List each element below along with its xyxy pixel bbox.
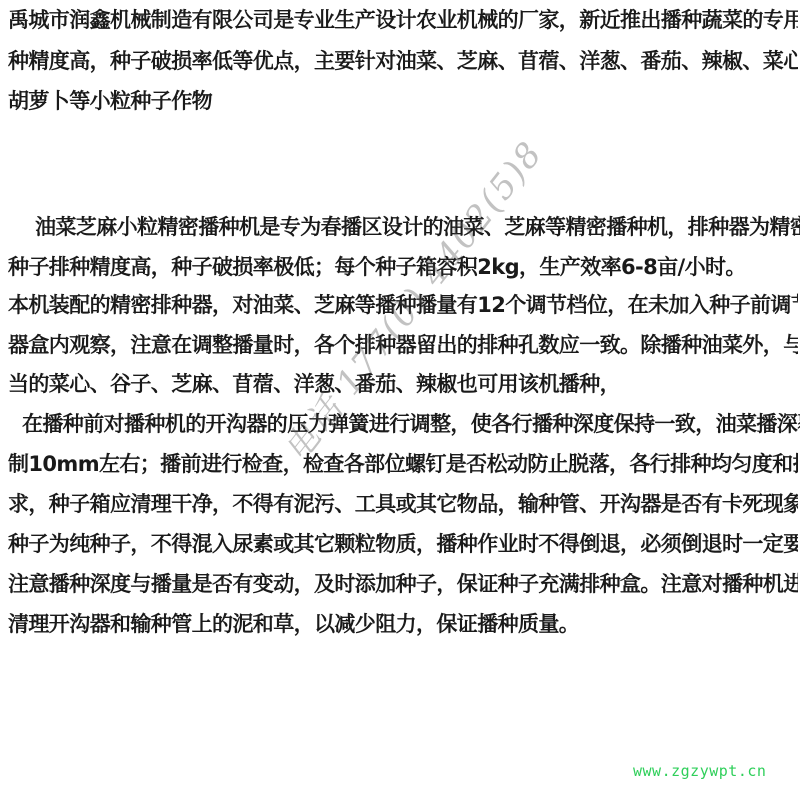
paragraph-4-line-6: 清理开沟器和输种管上的泥和草，以减少阻力，保证播种质量。 [8, 606, 798, 642]
paragraph-1-line-3: 胡萝卜等小粒种子作物 [8, 83, 798, 119]
paragraph-4-line-2: 制10mm左右；播前进行检查，检查各部位螺钉是否松动防止脱落，各行排种均匀度和播… [8, 446, 798, 482]
paragraph-4-line-4: 种子为纯种子，不得混入尿素或其它颗粒物质，播种作业时不得倒退，必须倒退时一定要将… [8, 526, 798, 562]
document-body: 禹城市润鑫机械制造有限公司是专业生产设计农业机械的厂家，新近推出播种蔬菜的专用播… [0, 0, 800, 800]
paragraph-1-line-2: 种精度高，种子破损率低等优点，主要针对油菜、芝麻、苜蓿、洋葱、番茄、辣椒、菜心、… [8, 43, 798, 79]
paragraph-4-line-1: 在播种前对播种机的开沟器的压力弹簧进行调整，使各行播种深度保持一致，油菜播深覆土… [22, 406, 800, 442]
paragraph-1-line-1: 禹城市润鑫机械制造有限公司是专业生产设计农业机械的厂家，新近推出播种蔬菜的专用播… [8, 2, 798, 38]
paragraph-2-line-1: 油菜芝麻小粒精密播种机是专为春播区设计的油菜、芝麻等精密播种机，排种器为精密排种… [35, 209, 800, 245]
paragraph-4-line-5: 注意播种深度与播量是否有变动，及时添加种子，保证种子充满排种盒。注意对播种机进行… [8, 566, 798, 602]
paragraph-3-line-3: 当的菜心、谷子、芝麻、苜蓿、洋葱、番茄、辣椒也可用该机播种， [8, 366, 798, 402]
site-watermark: www.zgzywpt.cn [633, 762, 766, 780]
paragraph-4-line-3: 求，种子箱应清理干净，不得有泥污、工具或其它物品，输种管、开沟器是否有卡死现象。… [8, 486, 798, 522]
